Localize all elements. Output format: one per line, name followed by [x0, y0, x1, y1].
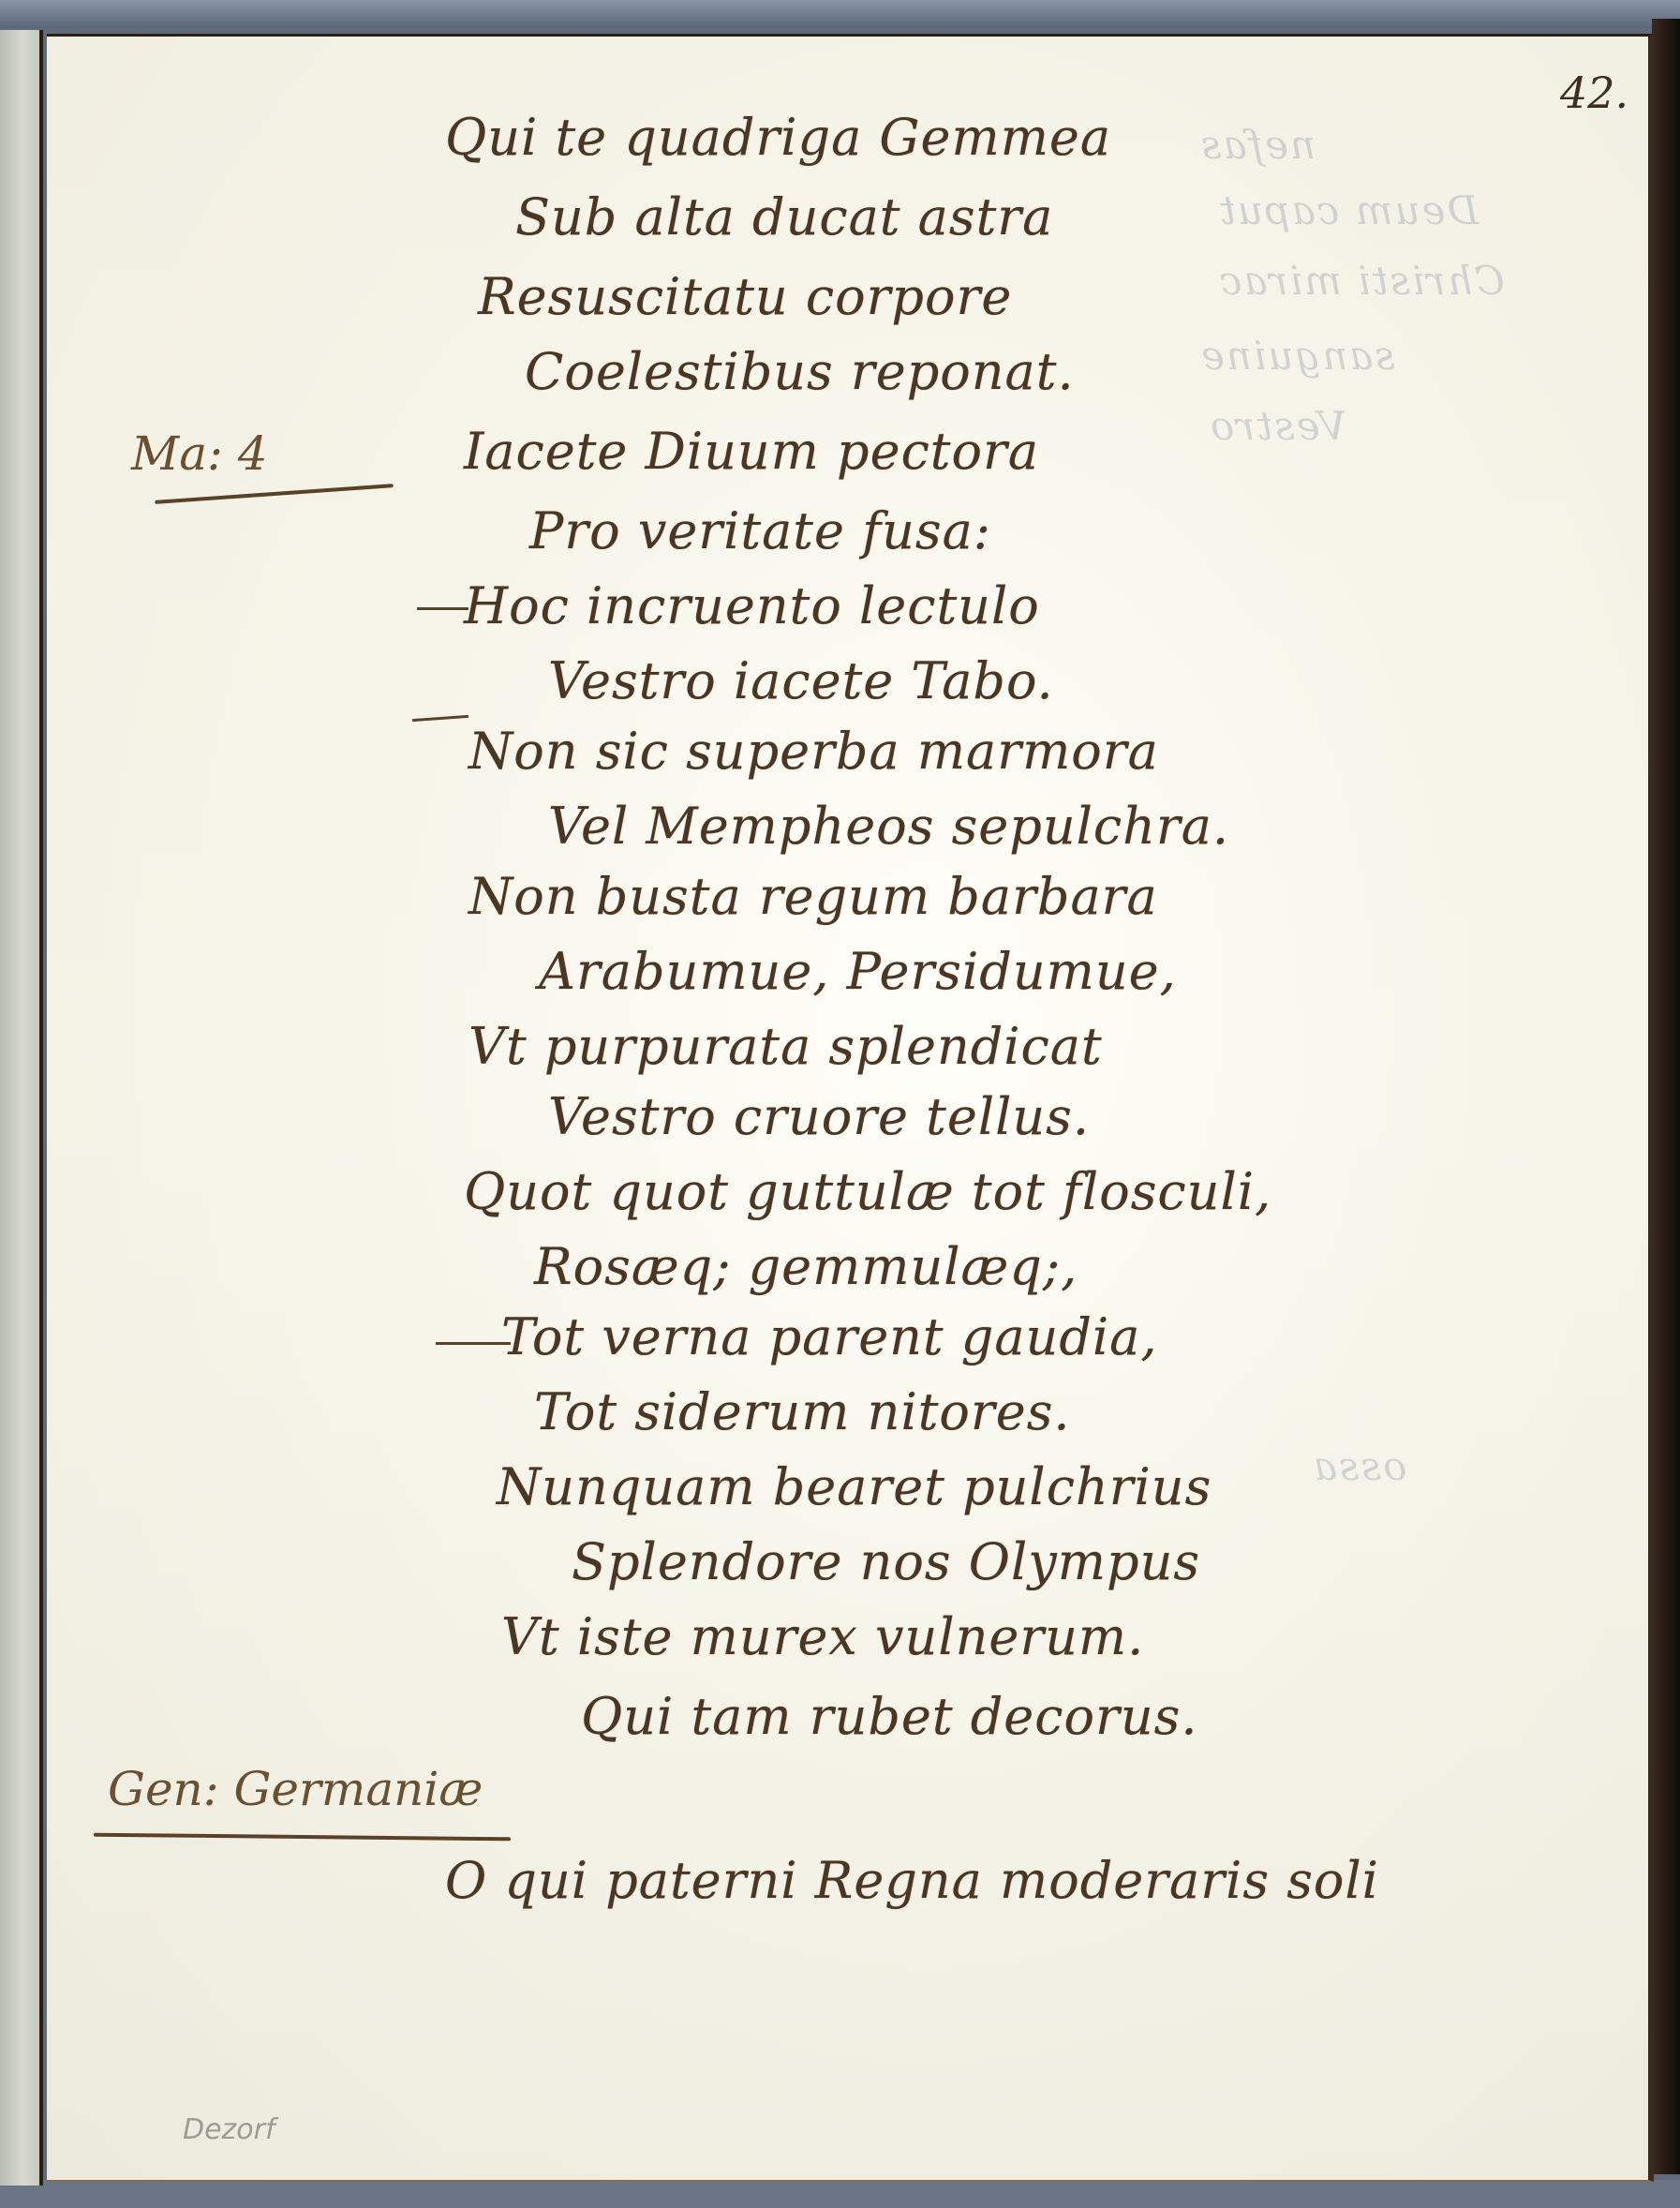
- margin-note-germaniae: Gen: Germaniæ: [108, 1762, 483, 1816]
- verse-line: Vt iste murex vulnerum.: [501, 1607, 1144, 1666]
- verse-line: Sub alta ducat astra: [515, 187, 1053, 246]
- pencil-annotation: Dezorf: [183, 2113, 275, 2146]
- margin-dash: [417, 607, 468, 610]
- bleed-through-text: Vestro: [1209, 403, 1346, 449]
- verse-line: Arabumue, Persidumue,: [539, 942, 1177, 1001]
- scanner-backdrop-bottom: [0, 2180, 1680, 2208]
- page-number: 42.: [1560, 67, 1628, 118]
- verse-line: Tot verna parent gaudia,: [501, 1307, 1158, 1366]
- bleed-through-text: sanguine: [1199, 333, 1395, 379]
- bleed-through-text: ossa: [1312, 1443, 1406, 1489]
- verse-line: Vt purpurata splendicat: [468, 1017, 1103, 1076]
- verse-line: Non sic superba marmora: [468, 722, 1159, 781]
- verse-line: Pro veritate fusa:: [529, 501, 991, 560]
- verse-line: Qui tam rubet decorus.: [581, 1687, 1197, 1746]
- verse-line: Quot quot guttulæ tot flosculi,: [464, 1162, 1271, 1221]
- bleed-through-text: nefas: [1199, 122, 1316, 168]
- verse-line: Iacete Diuum pectora: [464, 422, 1039, 481]
- facing-page-edge: [0, 30, 43, 2186]
- margin-note-ma: Ma: 4: [131, 426, 268, 481]
- scanner-backdrop-top: [0, 0, 1680, 28]
- margin-dash: [436, 1342, 511, 1345]
- verse-line: Hoc incruento lectulo: [464, 576, 1040, 635]
- verse-line: Vestro cruore tellus.: [548, 1087, 1090, 1146]
- verse-line: Tot siderum nitores.: [534, 1382, 1071, 1441]
- verse-line: Vel Mempheos sepulchra.: [548, 797, 1229, 856]
- verse-line: Coelestibus reponat.: [525, 342, 1075, 401]
- bleed-through-text: Christi mirac: [1218, 258, 1505, 304]
- verse-line: Rosæq; gemmulæq;,: [534, 1237, 1078, 1296]
- verse-line: O qui paterni Regna moderaris soli: [445, 1851, 1379, 1910]
- verse-line: Splendore nos Olympus: [572, 1532, 1200, 1591]
- verse-line: Vestro iacete Tabo.: [548, 651, 1054, 710]
- verse-line: Nunquam bearet pulchrius: [497, 1457, 1212, 1516]
- verse-line: Non busta regum barbara: [468, 867, 1158, 926]
- verse-line: Resuscitatu corpore: [478, 267, 1012, 326]
- book-edge-shadow: [1652, 19, 1680, 2174]
- bleed-through-text: Deum caput: [1218, 187, 1479, 233]
- verse-line: Qui te quadriga Gemmea: [445, 108, 1111, 167]
